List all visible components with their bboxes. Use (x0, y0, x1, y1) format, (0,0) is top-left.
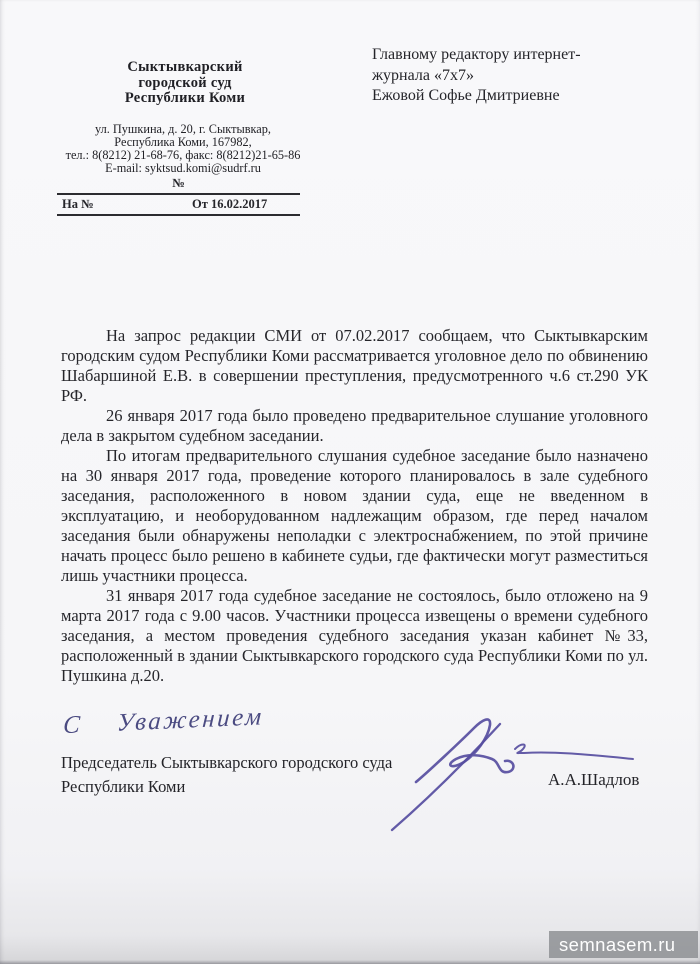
address-line: E-mail: syktsud.komi@sudrf.ru (28, 162, 338, 175)
recipient-block: Главному редактору интернет- журнала «7х… (372, 45, 662, 107)
body-paragraph: 26 января 2017 года было проведено предв… (61, 406, 648, 446)
body-paragraph: По итогам предварительного слушания суде… (61, 446, 648, 586)
letterhead-address: ул. Пушкина, д. 20, г. Сыктывкар, Респуб… (28, 123, 338, 175)
scanned-letter-page: Сыктывкарский городской суд Республики К… (0, 0, 700, 964)
court-name-line: Сыктывкарский (55, 60, 315, 76)
watermark-text: semnasem.ru (559, 934, 675, 956)
court-name-line: городской суд (55, 76, 315, 92)
recipient-line: журнала «7х7» (372, 66, 662, 87)
letter-body: На запрос редакции СМИ от 07.02.2017 соо… (61, 326, 648, 686)
ref-number-label: № (57, 176, 300, 191)
ref-rule-top (57, 193, 300, 195)
ref-rule-bottom (57, 214, 300, 216)
letterhead-court-name: Сыктывкарский городской суд Республики К… (55, 60, 315, 107)
body-paragraph: На запрос редакции СМИ от 07.02.2017 соо… (61, 326, 648, 406)
ref-incoming-label: На № (62, 197, 94, 212)
body-paragraph: 31 января 2017 года судебное заседание н… (61, 586, 648, 686)
handwritten-closing: С Уважением (62, 703, 264, 740)
recipient-line: Главному редактору интернет- (372, 45, 662, 66)
signer-name: А.А.Шадлов (548, 770, 639, 790)
watermark: semnasem.ru (549, 931, 698, 958)
recipient-line: Ежовой Софье Дмитриевне (372, 86, 662, 107)
court-name-line: Республики Коми (55, 91, 315, 107)
ref-date: От 16.02.2017 (192, 197, 267, 212)
